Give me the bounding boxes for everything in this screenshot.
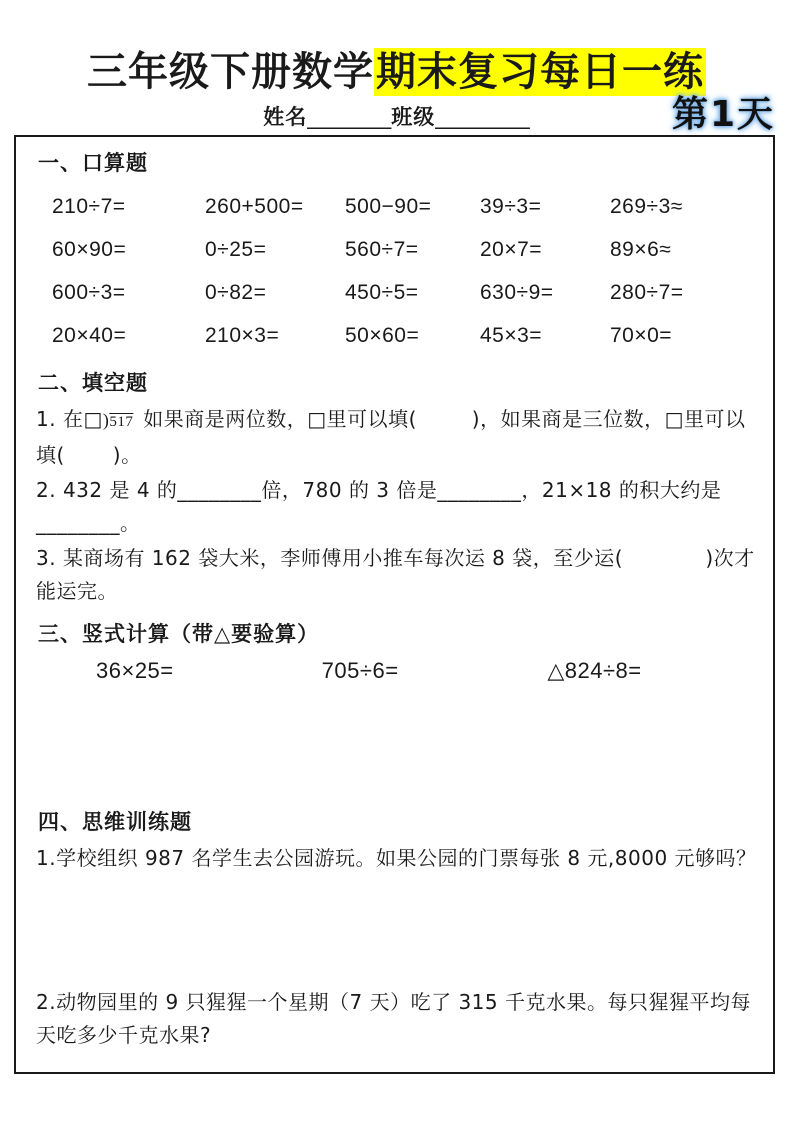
long-division-box: □ <box>83 407 102 431</box>
oral-expression: 45×3= <box>480 324 610 348</box>
section-fill-header: 二、填空题 <box>38 367 773 397</box>
oral-expression: 39÷3= <box>480 195 610 219</box>
oral-expression: 20×7= <box>480 238 610 262</box>
problem-1-work-area <box>16 875 773 980</box>
fill-item-3: 3. 某商场有 162 袋大米，李师傅用小推车每次运 8 袋，至少运( )次才能… <box>36 542 757 608</box>
oral-expression: 260+500= <box>205 195 345 219</box>
oral-expression: 89×6≈ <box>610 238 773 262</box>
section-thinking-header: 四、思维训练题 <box>38 806 773 836</box>
name-label: 姓名 <box>263 105 307 129</box>
fill-item-1-prefix: 1. 在 <box>36 407 83 431</box>
day-badge: 第1天 <box>672 86 775 137</box>
oral-expression: 560÷7= <box>345 238 480 262</box>
oral-expression: 50×60= <box>345 324 480 348</box>
fill-item-1: 1. 在□)517 如果商是两位数，□里可以填( )，如果商是三位数，□里可以填… <box>36 403 757 472</box>
worksheet-border-box: 一、口算题 210÷7= 260+500= 500−90= 39÷3= 269÷… <box>14 135 775 1074</box>
oral-expression: 280÷7= <box>610 281 773 305</box>
fill-item-2: 2. 432 是 4 的________倍，780 的 3 倍是________… <box>36 474 757 540</box>
oral-expression: 600÷3= <box>52 281 205 305</box>
oral-expression: 0÷82= <box>205 281 345 305</box>
oral-expression: 630÷9= <box>480 281 610 305</box>
thinking-problem-1: 1.学校组织 987 名学生去公园游玩。如果公园的门票每张 8 元,8000 元… <box>36 842 759 875</box>
oral-expression: 60×90= <box>52 238 205 262</box>
oral-expression: 210×3= <box>205 324 345 348</box>
vertical-expression: 36×25= <box>96 658 322 684</box>
section-oral-header: 一、口算题 <box>38 147 773 177</box>
name-blank-line: ________ <box>307 105 391 129</box>
oral-expression: 0÷25= <box>205 238 345 262</box>
oral-expression: 500−90= <box>345 195 480 219</box>
oral-calculation-grid: 210÷7= 260+500= 500−90= 39÷3= 269÷3≈ 60×… <box>52 185 773 357</box>
vertical-expression: 705÷6= <box>322 658 548 684</box>
long-division-dividend: 517 <box>109 414 133 430</box>
class-label: 班级 <box>391 105 435 129</box>
title-highlighted-text: 期末复习每日一练 <box>374 48 706 96</box>
vertical-expressions-row: 36×25= 705÷6= △824÷8= <box>96 658 773 684</box>
vertical-work-area <box>16 684 773 796</box>
oral-expression: 20×40= <box>52 324 205 348</box>
oral-expression: 269÷3≈ <box>610 195 773 219</box>
vertical-expression: △824÷8= <box>547 658 773 684</box>
oral-expression: 210÷7= <box>52 195 205 219</box>
title-plain-text: 三年级下册数学 <box>87 49 374 95</box>
thinking-problem-2: 2.动物园里的 9 只猩猩一个星期（7 天）吃了 315 千克水果。每只猩猩平均… <box>36 986 759 1052</box>
fill-item-1-text: 如果商是两位数，□里可以填( )，如果商是三位数，□里可以填( )。 <box>36 407 745 467</box>
class-blank-line: _________ <box>435 105 530 129</box>
oral-expression: 450÷5= <box>345 281 480 305</box>
oral-expression: 70×0= <box>610 324 773 348</box>
section-vertical-header: 三、竖式计算（带△要验算） <box>38 618 773 648</box>
